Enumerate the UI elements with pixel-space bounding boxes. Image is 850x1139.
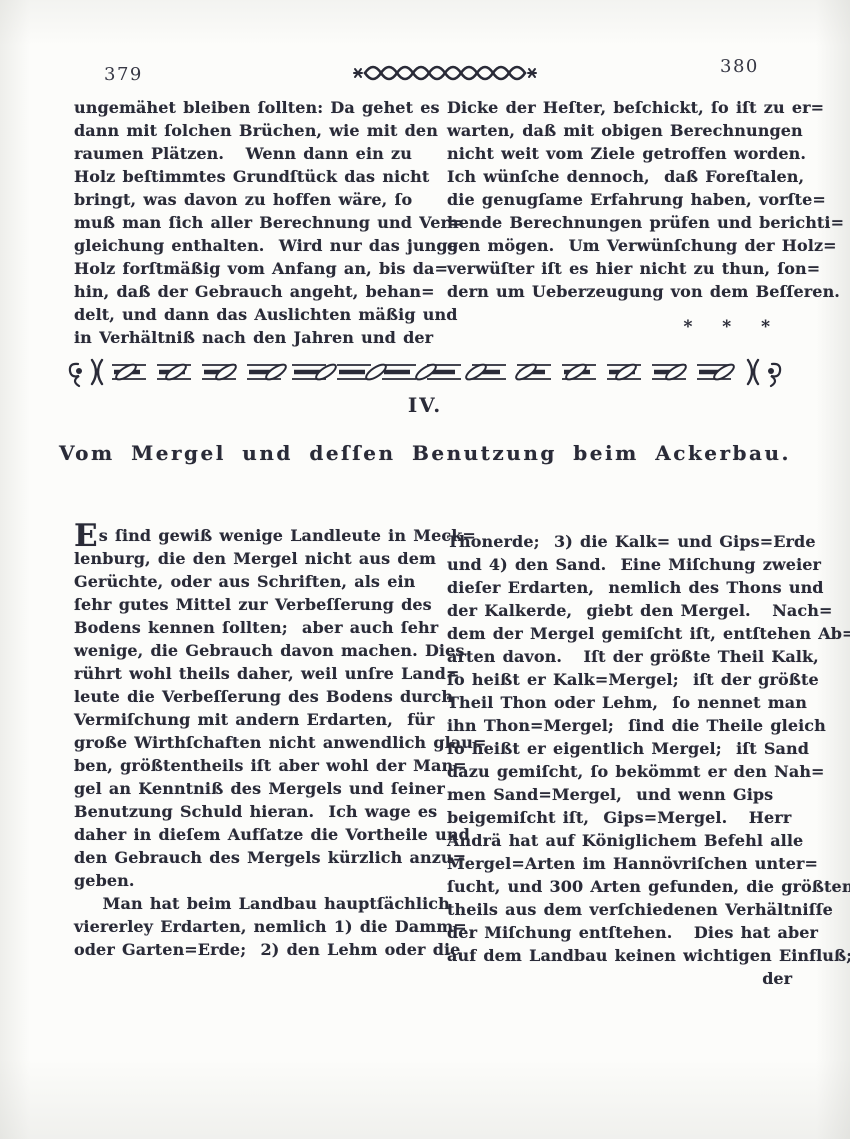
text-line: ihn Thon=Mergel; ſind die Theile gleich xyxy=(447,714,814,737)
top-section: ungemähet bleiben ſollten: Da gehet esda… xyxy=(74,96,814,349)
text-line: Benutzung Schuld hieran. Ich wage es xyxy=(74,800,441,823)
text-line: ungemähet bleiben ſollten: Da gehet es xyxy=(74,96,441,119)
text-line: bringt, was davon zu hoffen wäre, ſo xyxy=(74,188,441,211)
article-section: Es ſind gewiß wenige Landleute in Meck= … xyxy=(74,524,814,990)
text-line: Bodens kennen ſollten; aber auch ſehr xyxy=(74,616,441,639)
text-line: auf dem Landbau keinen wichtigen Einfluß… xyxy=(447,944,814,967)
text-line: den Gebrauch des Mergels kürzlich anzu= xyxy=(74,846,441,869)
text-line: Holz forſtmäßig vom Anfang an, bis da= xyxy=(74,257,441,280)
text-line: und 4) den Sand. Eine Miſchung zweier xyxy=(447,553,814,576)
text-line: Holz beſtimmtes Grundſtück das nicht xyxy=(74,165,441,188)
text-line: dann mit ſolchen Brüchen, wie mit den xyxy=(74,119,441,142)
text-line: ben, größtentheils iſt aber wohl der Man… xyxy=(74,754,441,777)
text-line: ſehr gutes Mittel zur Verbeſſerung des xyxy=(74,593,441,616)
text-line: Mergel=Arten im Hannövriſchen unter= xyxy=(447,852,814,875)
text-line: Andrä hat auf Königlichem Befehl alle xyxy=(447,829,814,852)
text-line: ſo heißt er Kalk=Mergel; iſt der größte xyxy=(447,668,814,691)
text-line: die genugſame Erfahrung haben, vorſte= xyxy=(447,188,814,211)
scanned-book-page: 379 380 ungemähet bleiben ſollten: Da ge… xyxy=(0,0,850,1139)
text-line: daher in dieſem Aufſatze die Vortheile u… xyxy=(74,823,441,846)
text-line: leute die Verbeſſerung des Bodens durch xyxy=(74,685,441,708)
text-line: Dicke der Heſter, beſchickt, ſo iſt zu e… xyxy=(447,96,814,119)
section-end-asterisks: * * * xyxy=(447,316,814,339)
twisted-ribbon-rule-ornament xyxy=(62,356,788,392)
text-line: Theil Thon oder Lehm, ſo nennet man xyxy=(447,691,814,714)
article-title: Vom Mergel und deſſen Benutzung beim Ack… xyxy=(0,441,850,465)
text-line: dieſer Erdarten, nemlich des Thons und xyxy=(447,576,814,599)
text-line: der Miſchung entſtehen. Dies hat aber xyxy=(447,921,814,944)
text-line: Thonerde; 3) die Kalk= und Gips=Erde xyxy=(447,530,814,553)
chain-braid-ornament xyxy=(352,60,538,90)
text-line: dem der Mergel gemiſcht iſt, entſtehen A… xyxy=(447,622,814,645)
text-line: hin, daß der Gebrauch angeht, behan= xyxy=(74,280,441,303)
text-line: geben. xyxy=(74,869,441,892)
text-line: gleichung enthalten. Wird nur das junge xyxy=(74,234,441,257)
text-line: Gerüchte, oder aus Schriften, als ein xyxy=(74,570,441,593)
text-line: lenburg, die den Mergel nicht aus dem xyxy=(74,547,441,570)
text-line: ſo heißt er eigentlich Mergel; iſt Sand xyxy=(447,737,814,760)
text-line: dazu gemiſcht, ſo bekömmt er den Nah= xyxy=(447,760,814,783)
text-line: Ich wünſche dennoch, daß Foreſtalen, xyxy=(447,165,814,188)
text-line: theils aus dem verſchiedenen Verhältniſſ… xyxy=(447,898,814,921)
page-number-right: 380 xyxy=(720,56,759,77)
text-line: dern um Ueberzeugung von dem Beſſeren. xyxy=(447,280,814,303)
drop-cap-initial: E xyxy=(74,527,98,545)
catchword: der xyxy=(447,967,814,990)
text-line: oder Garten=Erde; 2) den Lehm oder die xyxy=(74,938,441,961)
text-line: gel an Kenntniß des Mergels und ſeiner xyxy=(74,777,441,800)
text-line: Vermiſchung mit andern Erdarten, für xyxy=(74,708,441,731)
text-line: wenige, die Gebrauch davon machen. Dies xyxy=(74,639,441,662)
text-line: s ſind gewiß wenige Landleute in Meck= xyxy=(99,526,476,545)
text-line: gen mögen. Um Verwünſchung der Holz= xyxy=(447,234,814,257)
article-left-column: Es ſind gewiß wenige Landleute in Meck= … xyxy=(74,524,441,990)
text-line: viererley Erdarten, nemlich 1) die Damm= xyxy=(74,915,441,938)
text-line: warten, daß mit obigen Berechnungen xyxy=(447,119,814,142)
text-line: nicht weit vom Ziele getroffen worden. xyxy=(447,142,814,165)
text-line: rührt wohl theils daher, weil unſre Land… xyxy=(74,662,441,685)
text-line: delt, und dann das Auslichten mäßig und xyxy=(74,303,441,326)
text-line: raumen Plätzen. Wenn dann ein zu xyxy=(74,142,441,165)
text-line: der Kalkerde, giebt den Mergel. Nach= xyxy=(447,599,814,622)
page-number-left: 379 xyxy=(104,64,143,85)
text-line: große Wirthſchaften nicht anwendlich gla… xyxy=(74,731,441,754)
text-line: Man hat beim Landbau hauptſächlich xyxy=(74,892,441,915)
text-line: in Verhältniß nach den Jahren und der xyxy=(74,326,441,349)
top-left-column: ungemähet bleiben ſollten: Da gehet esda… xyxy=(74,96,441,349)
article-number: IV. xyxy=(0,393,850,417)
text-line: hende Berechnungen prüfen und berichti= xyxy=(447,211,814,234)
text-line: arten davon. Iſt der größte Theil Kalk, xyxy=(447,645,814,668)
text-line: ſucht, und 300 Arten gefunden, die größt… xyxy=(447,875,814,898)
text-line-with-dropcap: Es ſind gewiß wenige Landleute in Meck= xyxy=(74,524,441,547)
article-right-column: Thonerde; 3) die Kalk= und Gips=Erdeund … xyxy=(447,530,814,990)
text-line: beigemiſcht iſt, Gips=Mergel. Herr xyxy=(447,806,814,829)
text-line: men Sand=Mergel, und wenn Gips xyxy=(447,783,814,806)
text-line: muß man ſich aller Berechnung und Ver= xyxy=(74,211,441,234)
top-right-column: Dicke der Heſter, beſchickt, ſo iſt zu e… xyxy=(447,96,814,349)
text-line: verwüſter iſt es hier nicht zu thun, ſon… xyxy=(447,257,814,280)
